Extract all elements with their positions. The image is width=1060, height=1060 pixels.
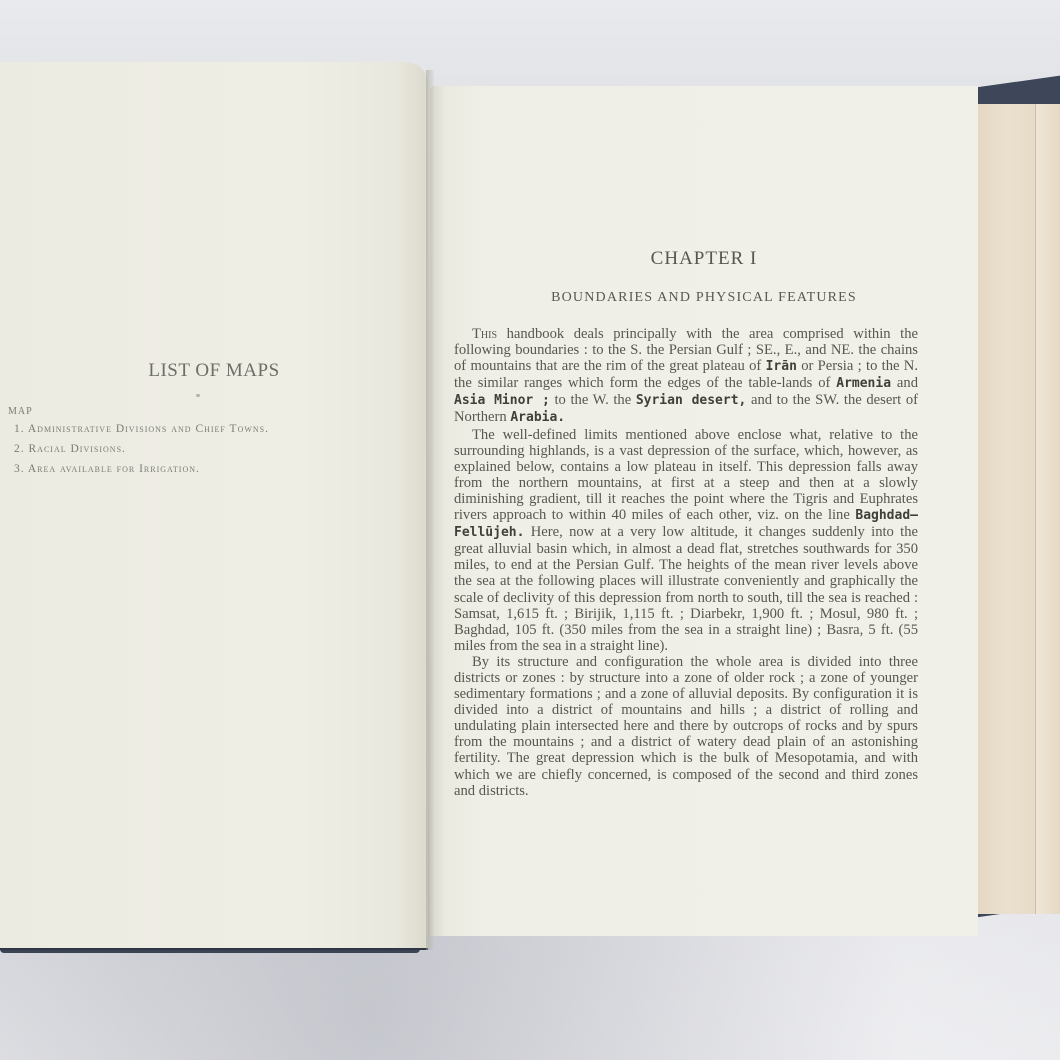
item-label: Area available for Irrigation. (28, 463, 200, 475)
item-label: Administrative Divisions and Chief Towns… (28, 423, 269, 435)
list-of-maps-title: LIST OF MAPS (114, 360, 314, 382)
book-gutter (426, 70, 434, 950)
paragraph-3: By its structure and configuration the w… (454, 654, 918, 799)
text: to the W. the (550, 392, 636, 408)
chapter-subtitle: BOUNDARIES AND PHYSICAL FEATURES (430, 290, 978, 306)
chapter-heading: CHAPTER I (430, 248, 978, 270)
ink-mark (196, 394, 200, 397)
maps-list-item: 1. Administrative Divisions and Chief To… (8, 419, 388, 439)
place-name: Armenia (836, 376, 891, 391)
item-label: Racial Divisions. (29, 443, 126, 455)
place-name: Arabia. (510, 410, 565, 425)
page-block-edge (972, 104, 1060, 914)
paragraph-2: The well-defined limits mentioned above … (454, 427, 918, 654)
text: and (891, 375, 918, 391)
place-name: Asia Minor ; (454, 393, 550, 408)
item-number: 2. (14, 443, 25, 455)
maps-list: MAP 1. Administrative Divisions and Chie… (8, 406, 388, 479)
place-name: Irān (766, 359, 797, 374)
item-number: 1. (14, 423, 25, 435)
text: Here, now at a very low altitude, it cha… (454, 524, 918, 654)
text: The well-defined limits mentioned above … (454, 427, 918, 523)
maps-list-header: MAP (8, 406, 388, 417)
drop-word: This (472, 326, 497, 342)
left-page (0, 62, 428, 948)
paragraph-1: This handbook deals principally with the… (454, 326, 918, 427)
place-name: Syrian desert, (636, 393, 747, 408)
chapter-body: This handbook deals principally with the… (454, 326, 918, 799)
maps-list-item: 2. Racial Divisions. (8, 439, 388, 459)
item-number: 3. (14, 463, 25, 475)
maps-list-item: 3. Area available for Irrigation. (8, 459, 388, 479)
